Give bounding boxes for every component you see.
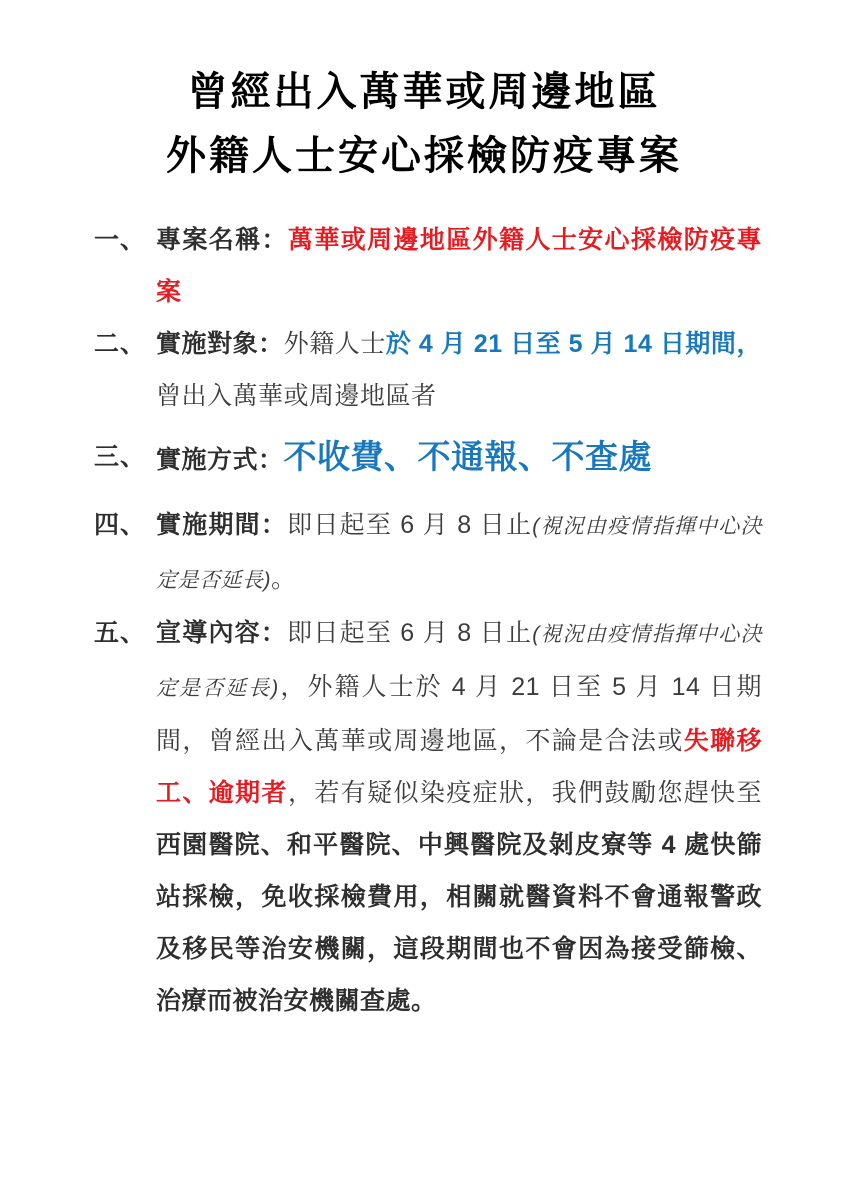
list-item-5: 五、 宣導內容：即日起至 6 月 8 日止(視況由疫情指揮中心決定是否延長)，外… (94, 607, 762, 1027)
text-segment: 於 4 月 21 日至 5 月 14 日期間， (386, 330, 762, 358)
text-segment: 不收費、不通報、不查處 (284, 438, 653, 475)
item-number: 五、 (94, 607, 156, 659)
item-number: 四、 (94, 499, 156, 551)
text-segment: 專案名稱： (156, 226, 288, 254)
item-body: 專案名稱：萬華或周邊地區外籍人士安心採檢防疫專案 (156, 214, 762, 318)
text-segment: 實施對象： (156, 330, 284, 358)
item-body: 實施方式：不收費、不通報、不查處 (156, 426, 762, 491)
text-segment: 實施期間： (156, 511, 287, 539)
item-number: 三、 (94, 426, 156, 488)
item-body: 實施對象：外籍人士於 4 月 21 日至 5 月 14 日期間，曾出入萬華或周邊… (156, 318, 762, 422)
item-body: 實施期間：即日起至 6 月 8 日止(視況由疫情指揮中心決定是否延長)。 (156, 499, 762, 607)
item-body: 宣導內容：即日起至 6 月 8 日止(視況由疫情指揮中心決定是否延長)，外籍人士… (156, 607, 762, 1027)
page-title: 曾經出入萬華或周邊地區 外籍人士安心採檢防疫專案 (0, 60, 848, 188)
text-segment: 。 (271, 565, 297, 593)
text-segment: 西園醫院、和平醫院、中興醫院及剝皮寮等 4 處快篩站採檢，免收採檢費用，相關就醫… (156, 831, 762, 1015)
item-list: 一、 專案名稱：萬華或周邊地區外籍人士安心採檢防疫專案 二、 實施對象：外籍人士… (0, 214, 848, 1027)
text-segment: 外籍人士 (284, 330, 386, 358)
item-number: 二、 (94, 318, 156, 370)
list-item-2: 二、 實施對象：外籍人士於 4 月 21 日至 5 月 14 日期間，曾出入萬華… (94, 318, 762, 422)
text-segment: 宣導內容： (156, 619, 287, 647)
list-item-3: 三、 實施方式：不收費、不通報、不查處 (94, 426, 762, 491)
text-segment: 實施方式： (156, 446, 284, 474)
text-segment: ，若有疑似染疫症狀，我們鼓勵您趕快至 (288, 779, 762, 807)
title-line-1: 曾經出入萬華或周邊地區 (0, 60, 848, 124)
list-item-4: 四、 實施期間：即日起至 6 月 8 日止(視況由疫情指揮中心決定是否延長)。 (94, 499, 762, 607)
text-segment: 即日起至 6 月 8 日止 (287, 511, 532, 539)
text-segment: 曾出入萬華或周邊地區者 (156, 382, 437, 410)
title-line-2: 外籍人士安心採檢防疫專案 (0, 124, 848, 188)
text-segment: 即日起至 6 月 8 日止 (287, 619, 532, 647)
list-item-1: 一、 專案名稱：萬華或周邊地區外籍人士安心採檢防疫專案 (94, 214, 762, 318)
document-page: 曾經出入萬華或周邊地區 外籍人士安心採檢防疫專案 一、 專案名稱：萬華或周邊地區… (0, 0, 848, 1200)
item-number: 一、 (94, 214, 156, 266)
